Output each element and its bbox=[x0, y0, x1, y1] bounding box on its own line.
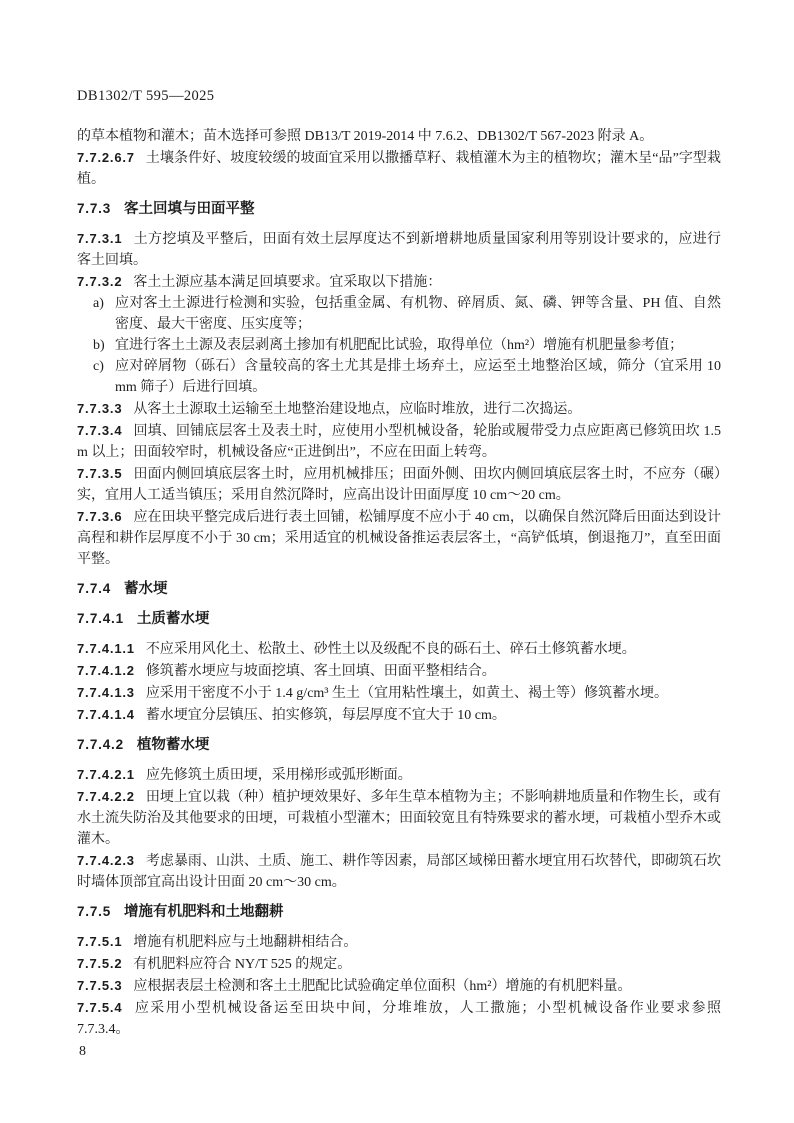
clause-paragraph: 7.7.3.4回填、回铺底层客土及表土时，应使用小型机械设备，轮胎或履带受力点应… bbox=[77, 420, 721, 463]
list-label: b) bbox=[93, 335, 105, 356]
clause-paragraph: 7.7.4.1.2修筑蓄水埂应与坡面挖填、客土回填、田面平整相结合。 bbox=[77, 660, 721, 682]
section-heading: 7.7.5增施有机肥料和土地翻耕 bbox=[77, 901, 721, 923]
clause-number: 7.7.5.4 bbox=[77, 1000, 122, 1015]
subsection-heading: 7.7.4.1土质蓄水埂 bbox=[77, 608, 721, 630]
clause-text: 土质蓄水埂 bbox=[137, 611, 210, 627]
section-heading: 7.7.3客土回填与田面平整 bbox=[77, 198, 721, 220]
clause-number: 7.7.3.6 bbox=[77, 509, 122, 524]
clause-paragraph: 7.7.5.3应根据表层土检测和客土土肥配比试验确定单位面积（hm²）增施的有机… bbox=[77, 975, 721, 997]
clause-paragraph: 7.7.4.2.3考虑暴雨、山洪、土质、施工、耕作等因素，局部区域梯田蓄水埂宜用… bbox=[77, 850, 721, 893]
clause-text: 应对碎屑物（砾石）含量较高的客土尤其是排土场弃土，应运至土地整治区域，筛分（宜采… bbox=[115, 359, 721, 395]
clause-text: 植物蓄水埂 bbox=[137, 737, 210, 753]
clause-text: 的草本植物和灌木；苗木选择可参照 DB13/T 2019-2014 中 7.6.… bbox=[77, 129, 653, 144]
clause-text: 应对客土土源进行检测和实验，包括重金属、有机物、碎屑质、氮、磷、钾等含量、PH … bbox=[115, 296, 721, 332]
list-label: a) bbox=[93, 293, 104, 314]
clause-paragraph: 7.7.4.2.1应先修筑土质田埂，采用梯形或弧形断面。 bbox=[77, 764, 721, 786]
clause-text: 应在田块平整完成后进行表土回铺，松铺厚度不应小于 40 cm，以确保自然沉降后田… bbox=[77, 510, 721, 567]
document-page: DB1302/T 595—2025 的草本植物和灌木；苗木选择可参照 DB13/… bbox=[0, 0, 794, 1123]
clause-number: 7.7.4.1.3 bbox=[77, 685, 135, 700]
section-heading: 7.7.4蓄水埂 bbox=[77, 578, 721, 600]
clause-number: 7.7.3.1 bbox=[77, 231, 122, 246]
clause-number: 7.7.4 bbox=[77, 581, 111, 596]
clause-text: 应先修筑土质田埂，采用梯形或弧形断面。 bbox=[146, 768, 412, 783]
clause-text: 应根据表层土检测和客土土肥配比试验确定单位面积（hm²）增施的有机肥料量。 bbox=[133, 979, 631, 994]
clause-number: 7.7.3.4 bbox=[77, 423, 122, 438]
clause-number: 7.7.5 bbox=[77, 904, 111, 919]
clause-number: 7.7.5.1 bbox=[77, 934, 122, 949]
clause-paragraph: 7.7.3.3从客土土源取土运输至土地整治建设地点，应临时堆放，进行二次捣运。 bbox=[77, 398, 721, 420]
clause-paragraph: 7.7.3.6应在田块平整完成后进行表土回铺，松铺厚度不应小于 40 cm，以确… bbox=[77, 506, 721, 570]
list-item: c)应对碎屑物（砾石）含量较高的客土尤其是排土场弃土，应运至土地整治区域，筛分（… bbox=[77, 356, 721, 398]
clause-paragraph: 7.7.5.2有机肥料应符合 NY/T 525 的规定。 bbox=[77, 953, 721, 975]
paragraph-continuation: 的草本植物和灌木；苗木选择可参照 DB13/T 2019-2014 中 7.6.… bbox=[77, 126, 721, 147]
clause-text: 宜进行客土土源及表层剥离土掺加有机肥配比试验，取得单位（hm²）增施有机肥量参考… bbox=[115, 338, 683, 353]
clause-text: 增施有机肥料应与土地翻耕相结合。 bbox=[133, 935, 357, 950]
clause-number: 7.7.4.2.2 bbox=[77, 789, 135, 804]
clause-number: 7.7.3 bbox=[77, 201, 111, 216]
clause-number: 7.7.3.5 bbox=[77, 466, 122, 481]
clause-text: 蓄水埂 bbox=[124, 581, 168, 597]
list-item: b)宜进行客土土源及表层剥离土掺加有机肥配比试验，取得单位（hm²）增施有机肥量… bbox=[77, 335, 721, 356]
clause-paragraph: 7.7.2.6.7土壤条件好、坡度较缓的坡面宜采用以撒播草籽、栽植灌木为主的植物… bbox=[77, 147, 721, 190]
clause-number: 7.7.2.6.7 bbox=[77, 150, 135, 165]
clause-text: 客土回填与田面平整 bbox=[124, 201, 255, 217]
list-label: c) bbox=[93, 356, 104, 377]
clause-text: 蓄水埂宜分层镇压、拍实修筑，每层厚度不宜大于 10 cm。 bbox=[146, 708, 506, 723]
clause-text: 考虑暴雨、山洪、土质、施工、耕作等因素，局部区域梯田蓄水埂宜用石坎替代，即砌筑石… bbox=[77, 854, 721, 890]
clause-paragraph: 7.7.3.2客土土源应基本满足回填要求。宜采取以下措施： bbox=[77, 271, 721, 293]
clause-text: 从客土土源取土运输至土地整治建设地点，应临时堆放，进行二次捣运。 bbox=[133, 402, 581, 417]
clause-number: 7.7.5.3 bbox=[77, 978, 122, 993]
clause-paragraph: 7.7.4.1.4蓄水埂宜分层镇压、拍实修筑，每层厚度不宜大于 10 cm。 bbox=[77, 704, 721, 726]
subsection-heading: 7.7.4.2植物蓄水埂 bbox=[77, 734, 721, 756]
clause-number: 7.7.4.2.3 bbox=[77, 853, 135, 868]
clause-paragraph: 7.7.5.4应采用小型机械设备运至田块中间，分堆堆放，人工撒施；小型机械设备作… bbox=[77, 997, 721, 1040]
clause-number: 7.7.4.2.1 bbox=[77, 767, 135, 782]
clause-paragraph: 7.7.4.1.1不应采用风化土、松散土、砂性土以及级配不良的砾石土、碎石土修筑… bbox=[77, 638, 721, 660]
clause-number: 7.7.4.1.4 bbox=[77, 707, 135, 722]
clause-text: 回填、回铺底层客土及表土时，应使用小型机械设备，轮胎或履带受力点应距离已修筑田坎… bbox=[77, 424, 721, 460]
clause-number: 7.7.3.2 bbox=[77, 274, 122, 289]
list-item: a)应对客土土源进行检测和实验，包括重金属、有机物、碎屑质、氮、磷、钾等含量、P… bbox=[77, 293, 721, 335]
clause-number: 7.7.4.1.1 bbox=[77, 641, 135, 656]
clause-text: 有机肥料应符合 NY/T 525 的规定。 bbox=[133, 957, 351, 972]
clause-number: 7.7.5.2 bbox=[77, 956, 122, 971]
standard-number-header: DB1302/T 595—2025 bbox=[77, 88, 214, 105]
clause-text: 不应采用风化土、松散土、砂性土以及级配不良的砾石土、碎石土修筑蓄水埂。 bbox=[146, 642, 636, 657]
clause-paragraph: 7.7.5.1增施有机肥料应与土地翻耕相结合。 bbox=[77, 931, 721, 953]
clause-text: 土方挖填及平整后，田面有效土层厚度达不到新增耕地质量国家利用等别设计要求的，应进… bbox=[77, 232, 721, 268]
clause-text: 田面内侧回填底层客土时，应用机械排压；田面外侧、田坎内侧回填底层客土时，不应夯（… bbox=[77, 467, 721, 503]
clause-text: 修筑蓄水埂应与坡面挖填、客土回填、田面平整相结合。 bbox=[146, 664, 496, 679]
clause-paragraph: 7.7.3.1土方挖填及平整后，田面有效土层厚度达不到新增耕地质量国家利用等别设… bbox=[77, 228, 721, 271]
clause-text: 应采用小型机械设备运至田块中间，分堆堆放，人工撒施；小型机械设备作业要求参照 7… bbox=[77, 1001, 721, 1037]
clause-text: 应采用干密度不小于 1.4 g/cm³ 生土（宜用粘性壤土，如黄土、褐土等）修筑… bbox=[146, 686, 668, 701]
clause-paragraph: 7.7.4.1.3应采用干密度不小于 1.4 g/cm³ 生土（宜用粘性壤土，如… bbox=[77, 682, 721, 704]
clause-text: 土壤条件好、坡度较缓的坡面宜采用以撒播草籽、栽植灌木为主的植物坎；灌木呈“品”字… bbox=[77, 151, 721, 187]
clause-paragraph: 7.7.3.5田面内侧回填底层客土时，应用机械排压；田面外侧、田坎内侧回填底层客… bbox=[77, 463, 721, 506]
clause-text: 增施有机肥料和土地翻耕 bbox=[124, 904, 284, 920]
clause-number: 7.7.4.1.2 bbox=[77, 663, 135, 678]
page-number: 8 bbox=[79, 1044, 86, 1060]
clause-text: 田埂上宜以栽（种）植护埂效果好、多年生草本植物为主；不影响耕地质量和作物生长，或… bbox=[77, 790, 721, 847]
clause-number: 7.7.4.2 bbox=[77, 737, 124, 752]
clause-number: 7.7.3.3 bbox=[77, 401, 122, 416]
document-body: 的草本植物和灌木；苗木选择可参照 DB13/T 2019-2014 中 7.6.… bbox=[77, 126, 721, 1040]
clause-paragraph: 7.7.4.2.2田埂上宜以栽（种）植护埂效果好、多年生草本植物为主；不影响耕地… bbox=[77, 786, 721, 850]
clause-text: 客土土源应基本满足回填要求。宜采取以下措施： bbox=[133, 275, 441, 290]
clause-number: 7.7.4.1 bbox=[77, 611, 124, 626]
